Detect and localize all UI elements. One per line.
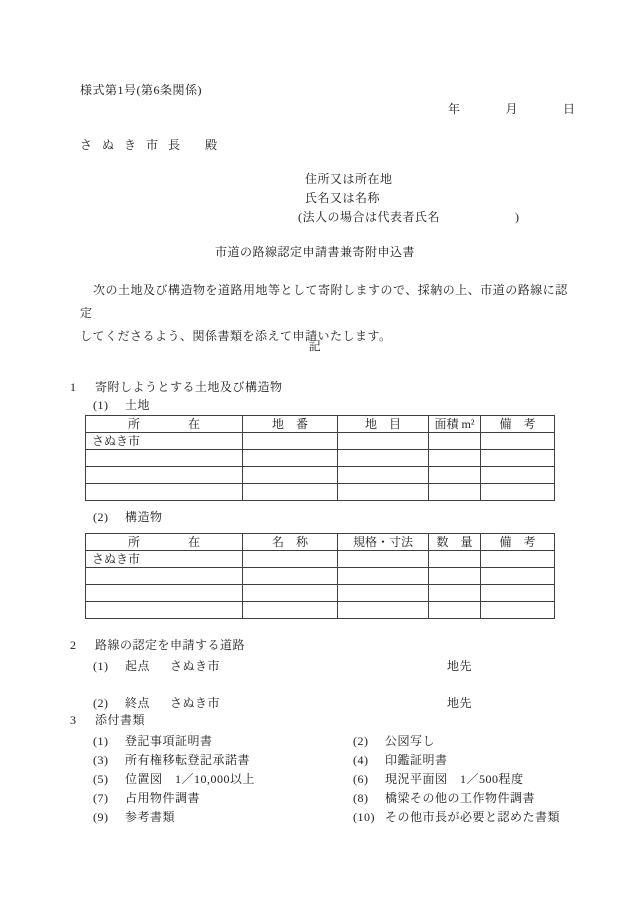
- land-table-row: [86, 450, 555, 467]
- date-line: 年 月 日: [448, 101, 575, 117]
- land-header-area: 面積 m²: [429, 416, 481, 433]
- land-cell-lot-number: [243, 433, 338, 450]
- structure-cell-name: [243, 551, 338, 568]
- attachment-label: その他市長が必要と認めた書類: [385, 809, 563, 825]
- date-day-label: 日: [563, 101, 575, 117]
- attachment-label: 登記事項証明書: [125, 733, 353, 749]
- structure-cell-location: [86, 602, 243, 619]
- attachment-number: (2): [353, 733, 385, 749]
- form-number: 様式第1号(第6条関係): [80, 82, 202, 98]
- structure-table-row: [86, 568, 555, 585]
- attachment-label: 所有権移転登記承諾書: [125, 752, 353, 768]
- attachment-label: 占用物件調書: [125, 790, 353, 806]
- route-end-label: 終点: [125, 695, 170, 711]
- structure-table-row: さぬき市: [86, 551, 555, 568]
- structure-cell-remarks: [481, 602, 555, 619]
- structure-cell-location: さぬき市: [86, 551, 243, 568]
- date-year-label: 年: [448, 101, 460, 117]
- attachment-label: 位置図 1／10,000以上: [125, 771, 353, 787]
- section1-heading: 寄附しようとする土地及び構造物: [95, 380, 283, 394]
- land-cell-location: [86, 467, 243, 484]
- attachment-number: (4): [353, 752, 385, 768]
- land-cell-location: [86, 450, 243, 467]
- structure-cell-spec: [338, 602, 429, 619]
- structure-cell-quantity: [429, 568, 481, 585]
- addressee-name: さぬき市長: [80, 138, 190, 152]
- attachment-number: (6): [353, 771, 385, 787]
- section2-heading: 路線の認定を申請する道路: [95, 638, 245, 652]
- structure-cell-name: [243, 568, 338, 585]
- land-cell-land-category: [338, 450, 429, 467]
- route-start-line: (1)起点さぬき市 地先: [93, 658, 593, 674]
- document-page: 様式第1号(第6条関係) 年 月 日 さぬき市長殿 住所又は所在地 氏名又は名称…: [0, 0, 630, 903]
- structure-cell-name: [243, 585, 338, 602]
- sub-land-label: 土地: [125, 398, 150, 412]
- land-header-land-category: 地 目: [338, 416, 429, 433]
- corporate-note-line: (法人の場合は代表者氏名 ): [298, 209, 530, 225]
- structure-cell-spec: [338, 568, 429, 585]
- land-cell-remarks: [481, 484, 555, 501]
- land-cell-area: [429, 450, 481, 467]
- land-cell-remarks: [481, 467, 555, 484]
- structure-cell-quantity: [429, 602, 481, 619]
- document-title: 市道の路線認定申請書兼寄附申込書: [0, 244, 630, 260]
- route-start-value: さぬき市: [170, 659, 220, 673]
- structure-header-name: 名 称: [243, 534, 338, 551]
- structure-table: 所 在 名 称 規格・寸法 数 量 備 考 さぬき市: [85, 533, 555, 619]
- attachment-label: 印鑑証明書: [385, 752, 563, 768]
- land-cell-remarks: [481, 450, 555, 467]
- addressee-line: さぬき市長殿: [80, 137, 217, 153]
- structure-cell-location: [86, 568, 243, 585]
- structure-cell-spec: [338, 551, 429, 568]
- date-month-label: 月: [505, 101, 517, 117]
- body-paragraph-line1: 次の土地及び構造物を道路用地等として寄附しますので、採納の上、市道の路線に認定: [80, 279, 572, 325]
- sub-structure-label: 構造物: [125, 510, 163, 524]
- attachment-number: (9): [93, 809, 125, 825]
- sub-structure-number: (2): [93, 509, 125, 525]
- route-start-suffix: 地先: [447, 658, 472, 674]
- land-cell-lot-number: [243, 484, 338, 501]
- structure-cell-quantity: [429, 551, 481, 568]
- corporate-note-close-paren: ): [515, 209, 520, 225]
- attachment-number: (8): [353, 790, 385, 806]
- land-cell-area: [429, 467, 481, 484]
- attachment-label: 参考書類: [125, 809, 353, 825]
- route-start-number: (1): [93, 658, 125, 674]
- attachment-label: 橋梁その他の工作物件調書: [385, 790, 563, 806]
- attachment-number: (10): [353, 809, 385, 825]
- structure-table-row: [86, 602, 555, 619]
- attachment-number: (7): [93, 790, 125, 806]
- section1-heading-line: 1寄附しようとする土地及び構造物: [70, 379, 283, 395]
- section2-heading-line: 2路線の認定を申請する道路: [70, 637, 245, 653]
- structure-cell-quantity: [429, 585, 481, 602]
- land-header-lot-number: 地 番: [243, 416, 338, 433]
- land-table-row: [86, 484, 555, 501]
- route-end-value: さぬき市: [170, 696, 220, 710]
- land-table-row: [86, 467, 555, 484]
- structure-cell-location: [86, 585, 243, 602]
- attachment-label: 公図写し: [385, 733, 563, 749]
- address-label: 住所又は所在地: [305, 171, 393, 187]
- land-cell-land-category: [338, 484, 429, 501]
- route-end-suffix: 地先: [447, 695, 472, 711]
- sub-land-number: (1): [93, 397, 125, 413]
- structure-cell-remarks: [481, 585, 555, 602]
- land-cell-location: [86, 484, 243, 501]
- route-end-number: (2): [93, 695, 125, 711]
- structure-cell-name: [243, 602, 338, 619]
- attachment-number: (3): [93, 752, 125, 768]
- section1-number: 1: [70, 379, 95, 395]
- structure-cell-remarks: [481, 568, 555, 585]
- section3-heading-line: 3添付書類: [70, 712, 145, 728]
- section3-number: 3: [70, 712, 95, 728]
- attachment-list: (1) 登記事項証明書 (2) 公図写し (3) 所有権移転登記承諾書 (4) …: [93, 731, 563, 826]
- land-cell-lot-number: [243, 450, 338, 467]
- land-table: 所 在 地 番 地 目 面積 m² 備 考 さぬき市: [85, 415, 555, 501]
- addressee-honorific: 殿: [205, 138, 217, 152]
- land-cell-land-category: [338, 467, 429, 484]
- structure-table-header-row: 所 在 名 称 規格・寸法 数 量 備 考: [86, 534, 555, 551]
- section2-number: 2: [70, 637, 95, 653]
- structure-header-quantity: 数 量: [429, 534, 481, 551]
- land-cell-area: [429, 484, 481, 501]
- section1-sub-structure-line: (2)構造物: [93, 509, 163, 525]
- structure-header-remarks: 備 考: [481, 534, 555, 551]
- land-header-location: 所 在: [86, 416, 243, 433]
- land-cell-remarks: [481, 433, 555, 450]
- land-cell-lot-number: [243, 467, 338, 484]
- attachment-number: (1): [93, 733, 125, 749]
- route-end-line: (2)終点さぬき市 地先: [93, 695, 593, 711]
- structure-cell-remarks: [481, 551, 555, 568]
- structure-header-spec: 規格・寸法: [338, 534, 429, 551]
- structure-cell-spec: [338, 585, 429, 602]
- record-mark: 記: [0, 338, 630, 354]
- land-header-remarks: 備 考: [481, 416, 555, 433]
- attachment-label: 現況平面図 1／500程度: [385, 771, 563, 787]
- route-start-label: 起点: [125, 658, 170, 674]
- land-table-header-row: 所 在 地 番 地 目 面積 m² 備 考: [86, 416, 555, 433]
- name-label: 氏名又は名称: [305, 190, 380, 206]
- section3-heading: 添付書類: [95, 713, 145, 727]
- attachment-number: (5): [93, 771, 125, 787]
- structure-header-location: 所 在: [86, 534, 243, 551]
- corporate-note-label: (法人の場合は代表者氏名: [298, 210, 440, 224]
- land-table-row: さぬき市: [86, 433, 555, 450]
- land-cell-land-category: [338, 433, 429, 450]
- structure-table-row: [86, 585, 555, 602]
- land-cell-location: さぬき市: [86, 433, 243, 450]
- section1-sub-land-line: (1)土地: [93, 397, 150, 413]
- land-cell-area: [429, 433, 481, 450]
